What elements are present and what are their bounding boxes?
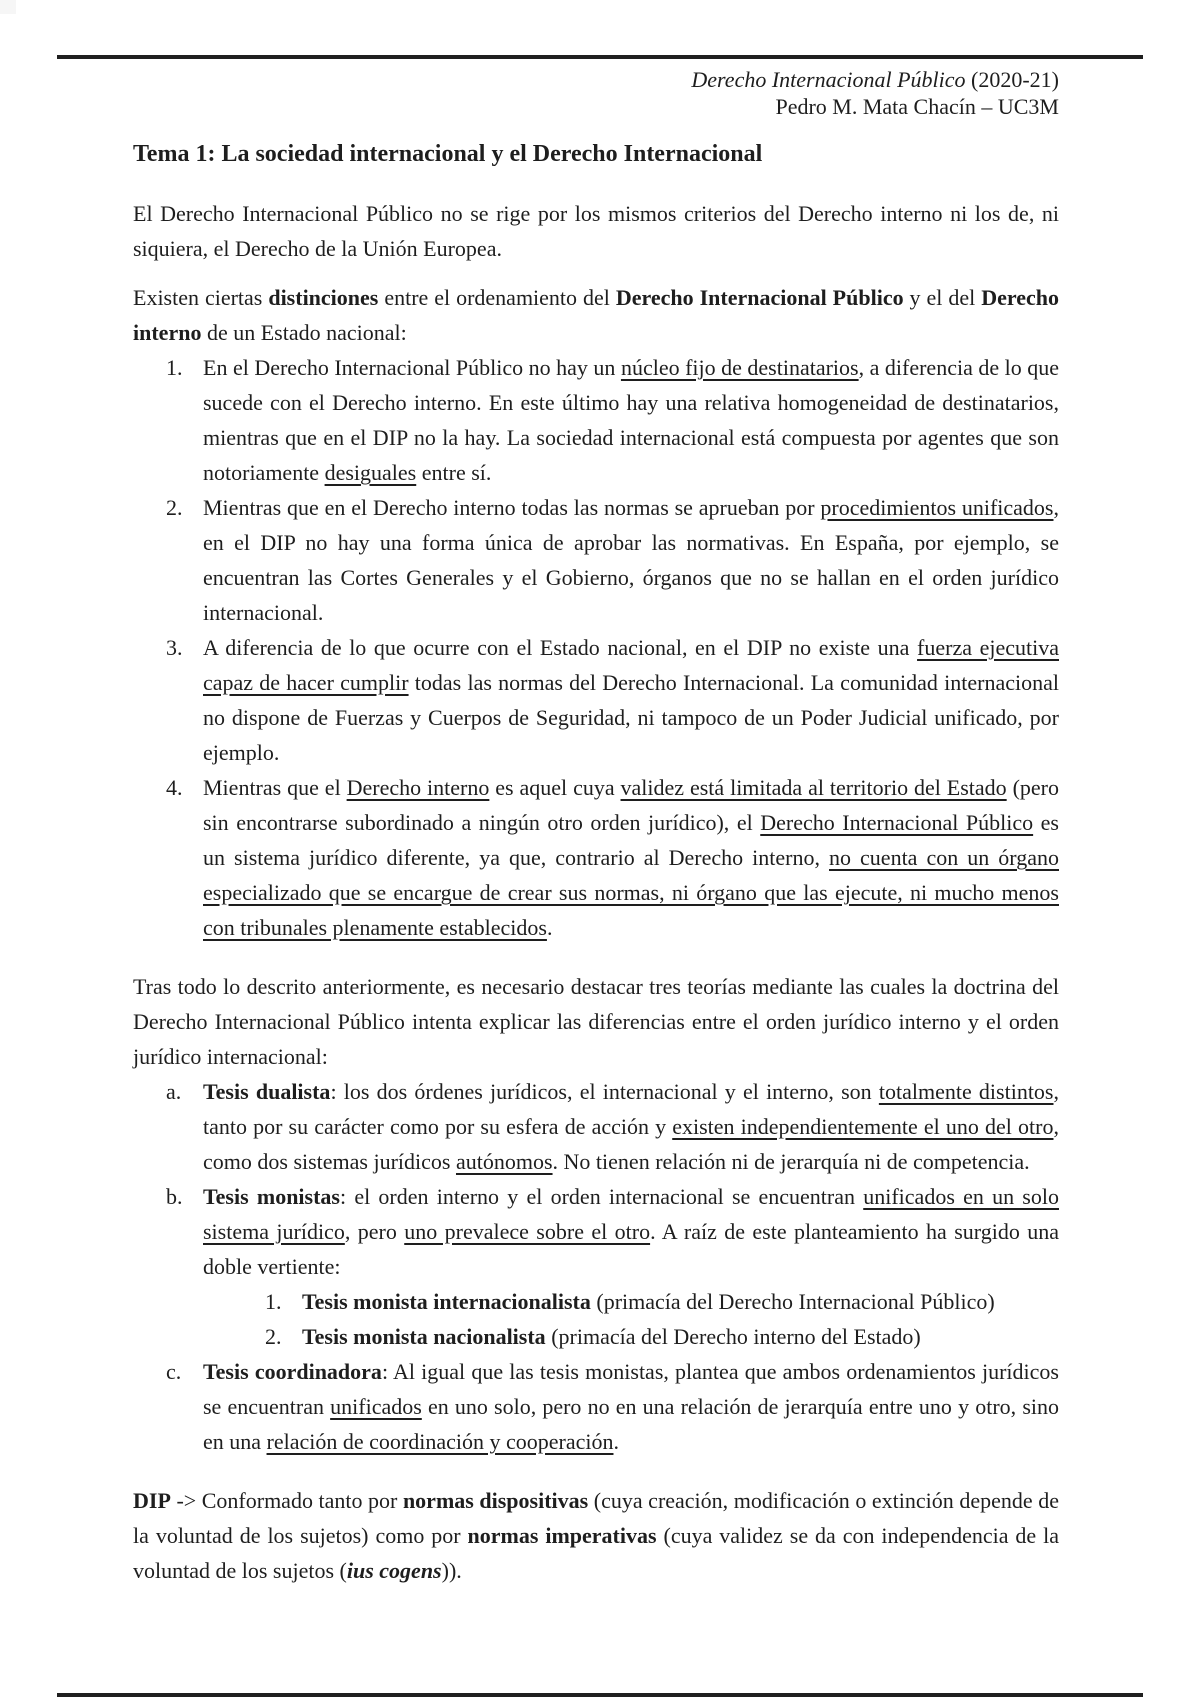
text-run: (primacía del Derecho interno del Estado…: [546, 1324, 921, 1349]
text-run: Mientras que en el Derecho interno todas…: [203, 495, 820, 520]
paragraph-intro: El Derecho Internacional Público no se r…: [133, 196, 1059, 266]
text-run: núcleo fijo de destinatarios: [621, 355, 859, 380]
document-content: Derecho Internacional Público (2020-21) …: [133, 66, 1059, 1588]
text-run: Tesis monista internacionalista: [302, 1289, 591, 1314]
list-marker: 1.: [166, 350, 203, 385]
text-run: entre sí.: [416, 460, 491, 485]
list-marker: 2.: [166, 490, 203, 525]
text-run: : el orden interno y el orden internacio…: [340, 1184, 863, 1209]
teorias-item-b: b. Tesis monistas: el orden interno y el…: [133, 1179, 1059, 1354]
list-marker: a.: [166, 1074, 203, 1109]
header-author: Pedro M. Mata Chacín – UC3M: [133, 93, 1059, 120]
list-item-text: Tesis coordinadora: Al igual que las tes…: [203, 1354, 1059, 1459]
list-marker: 3.: [166, 630, 203, 665]
list-item-text: A diferencia de lo que ocurre con el Est…: [203, 630, 1059, 770]
text-run: .: [547, 915, 553, 940]
text-run: validez está limitada al territorio del …: [621, 775, 1007, 800]
list-marker: c.: [166, 1354, 203, 1389]
text-run: de un Estado nacional:: [201, 320, 406, 345]
text-run: y el del: [904, 285, 982, 310]
text-run: Tesis monistas: [203, 1184, 340, 1209]
text-run: Tras todo lo descrito anteriormente, es …: [133, 974, 1059, 1069]
text-run: desiguales: [325, 460, 417, 485]
page-header: Derecho Internacional Público (2020-21) …: [133, 66, 1059, 120]
text-run: existen independientemente el uno del ot…: [672, 1114, 1053, 1139]
paragraph-dip: DIP -> Conformado tanto por normas dispo…: [133, 1483, 1059, 1588]
teorias-item-a: a. Tesis dualista: los dos órdenes juríd…: [133, 1074, 1059, 1179]
text-run: , pero: [345, 1219, 404, 1244]
text-run: Tesis coordinadora: [203, 1359, 382, 1384]
text-run: Mientras que el: [203, 775, 347, 800]
document-page: Derecho Internacional Público (2020-21) …: [0, 0, 1200, 1700]
text-run: autónomos: [456, 1149, 553, 1174]
distinciones-item-3: 3. A diferencia de lo que ocurre con el …: [133, 630, 1059, 770]
list-item-text: Tesis monista nacionalista (primacía del…: [302, 1319, 1059, 1354]
text-run: ius cogens: [347, 1558, 442, 1583]
list-item-text: Mientras que en el Derecho interno todas…: [203, 490, 1059, 630]
list-item-text: En el Derecho Internacional Público no h…: [203, 350, 1059, 490]
page-title: Tema 1: La sociedad internacional y el D…: [133, 138, 1059, 170]
bottom-rule: [57, 1693, 1143, 1697]
text-run: normas imperativas: [468, 1523, 657, 1548]
monistas-item-2: 2. Tesis monista nacionalista (primacía …: [203, 1319, 1059, 1354]
text-run: es aquel cuya: [489, 775, 620, 800]
header-course-year: (2020-21): [966, 67, 1059, 92]
paragraph-distinciones: Existen ciertas distinciones entre el or…: [133, 280, 1059, 350]
text-run: . No tienen relación ni de jerarquía ni …: [553, 1149, 1030, 1174]
list-marker: 4.: [166, 770, 203, 805]
monistas-item-1: 1. Tesis monista internacionalista (prim…: [203, 1284, 1059, 1319]
text-run: El Derecho Internacional Público no se r…: [133, 201, 1059, 261]
paragraph-teorias: Tras todo lo descrito anteriormente, es …: [133, 969, 1059, 1074]
list-item-text: Tesis monistas: el orden interno y el or…: [203, 1179, 1059, 1354]
text-run: procedimientos unificados: [820, 495, 1053, 520]
header-course: Derecho Internacional Público (2020-21): [133, 66, 1059, 93]
text-run: )).: [442, 1558, 462, 1583]
distinciones-list: 1. En el Derecho Internacional Público n…: [133, 350, 1059, 945]
teorias-item-c: c. Tesis coordinadora: Al igual que las …: [133, 1354, 1059, 1459]
top-rule: [57, 55, 1143, 59]
text-run: uno prevalece sobre el otro: [404, 1219, 650, 1244]
text-run: (primacía del Derecho Internacional Públ…: [591, 1289, 995, 1314]
list-marker: 1.: [265, 1284, 302, 1319]
text-run: entre el ordenamiento del: [378, 285, 616, 310]
text-run: Derecho interno: [347, 775, 490, 800]
teorias-list: a. Tesis dualista: los dos órdenes juríd…: [133, 1074, 1059, 1459]
text-run: Derecho Internacional Público: [616, 285, 904, 310]
text-run: : los dos órdenes jurídicos, el internac…: [330, 1079, 878, 1104]
text-run: Tesis monista nacionalista: [302, 1324, 546, 1349]
text-run: Derecho Internacional Público: [760, 810, 1033, 835]
distinciones-item-4: 4. Mientras que el Derecho interno es aq…: [133, 770, 1059, 945]
list-item-text: Tesis dualista: los dos órdenes jurídico…: [203, 1074, 1059, 1179]
text-run: normas dispositivas: [403, 1488, 588, 1513]
teorias-item-b-runs: Tesis monistas: el orden interno y el or…: [203, 1184, 1059, 1279]
text-run: .: [613, 1429, 619, 1454]
text-run: Tesis dualista: [203, 1079, 330, 1104]
header-course-title: Derecho Internacional Público: [691, 67, 965, 92]
text-run: En el Derecho Internacional Público no h…: [203, 355, 621, 380]
text-run: A diferencia de lo que ocurre con el Est…: [203, 635, 917, 660]
text-run: distinciones: [268, 285, 378, 310]
text-run: relación de coordinación y cooperación: [267, 1429, 614, 1454]
distinciones-item-1: 1. En el Derecho Internacional Público n…: [133, 350, 1059, 490]
distinciones-item-2: 2. Mientras que en el Derecho interno to…: [133, 490, 1059, 630]
scan-artifact: [0, 0, 16, 14]
list-item-text: Mientras que el Derecho interno es aquel…: [203, 770, 1059, 945]
text-run: DIP: [133, 1488, 171, 1513]
text-run: Existen ciertas: [133, 285, 268, 310]
text-run: -> Conformado tanto por: [171, 1488, 403, 1513]
monistas-sublist: 1. Tesis monista internacionalista (prim…: [203, 1284, 1059, 1354]
list-item-text: Tesis monista internacionalista (primací…: [302, 1284, 1059, 1319]
list-marker: 2.: [265, 1319, 302, 1354]
text-run: unificados: [330, 1394, 422, 1419]
text-run: totalmente distintos: [879, 1079, 1054, 1104]
list-marker: b.: [166, 1179, 203, 1214]
